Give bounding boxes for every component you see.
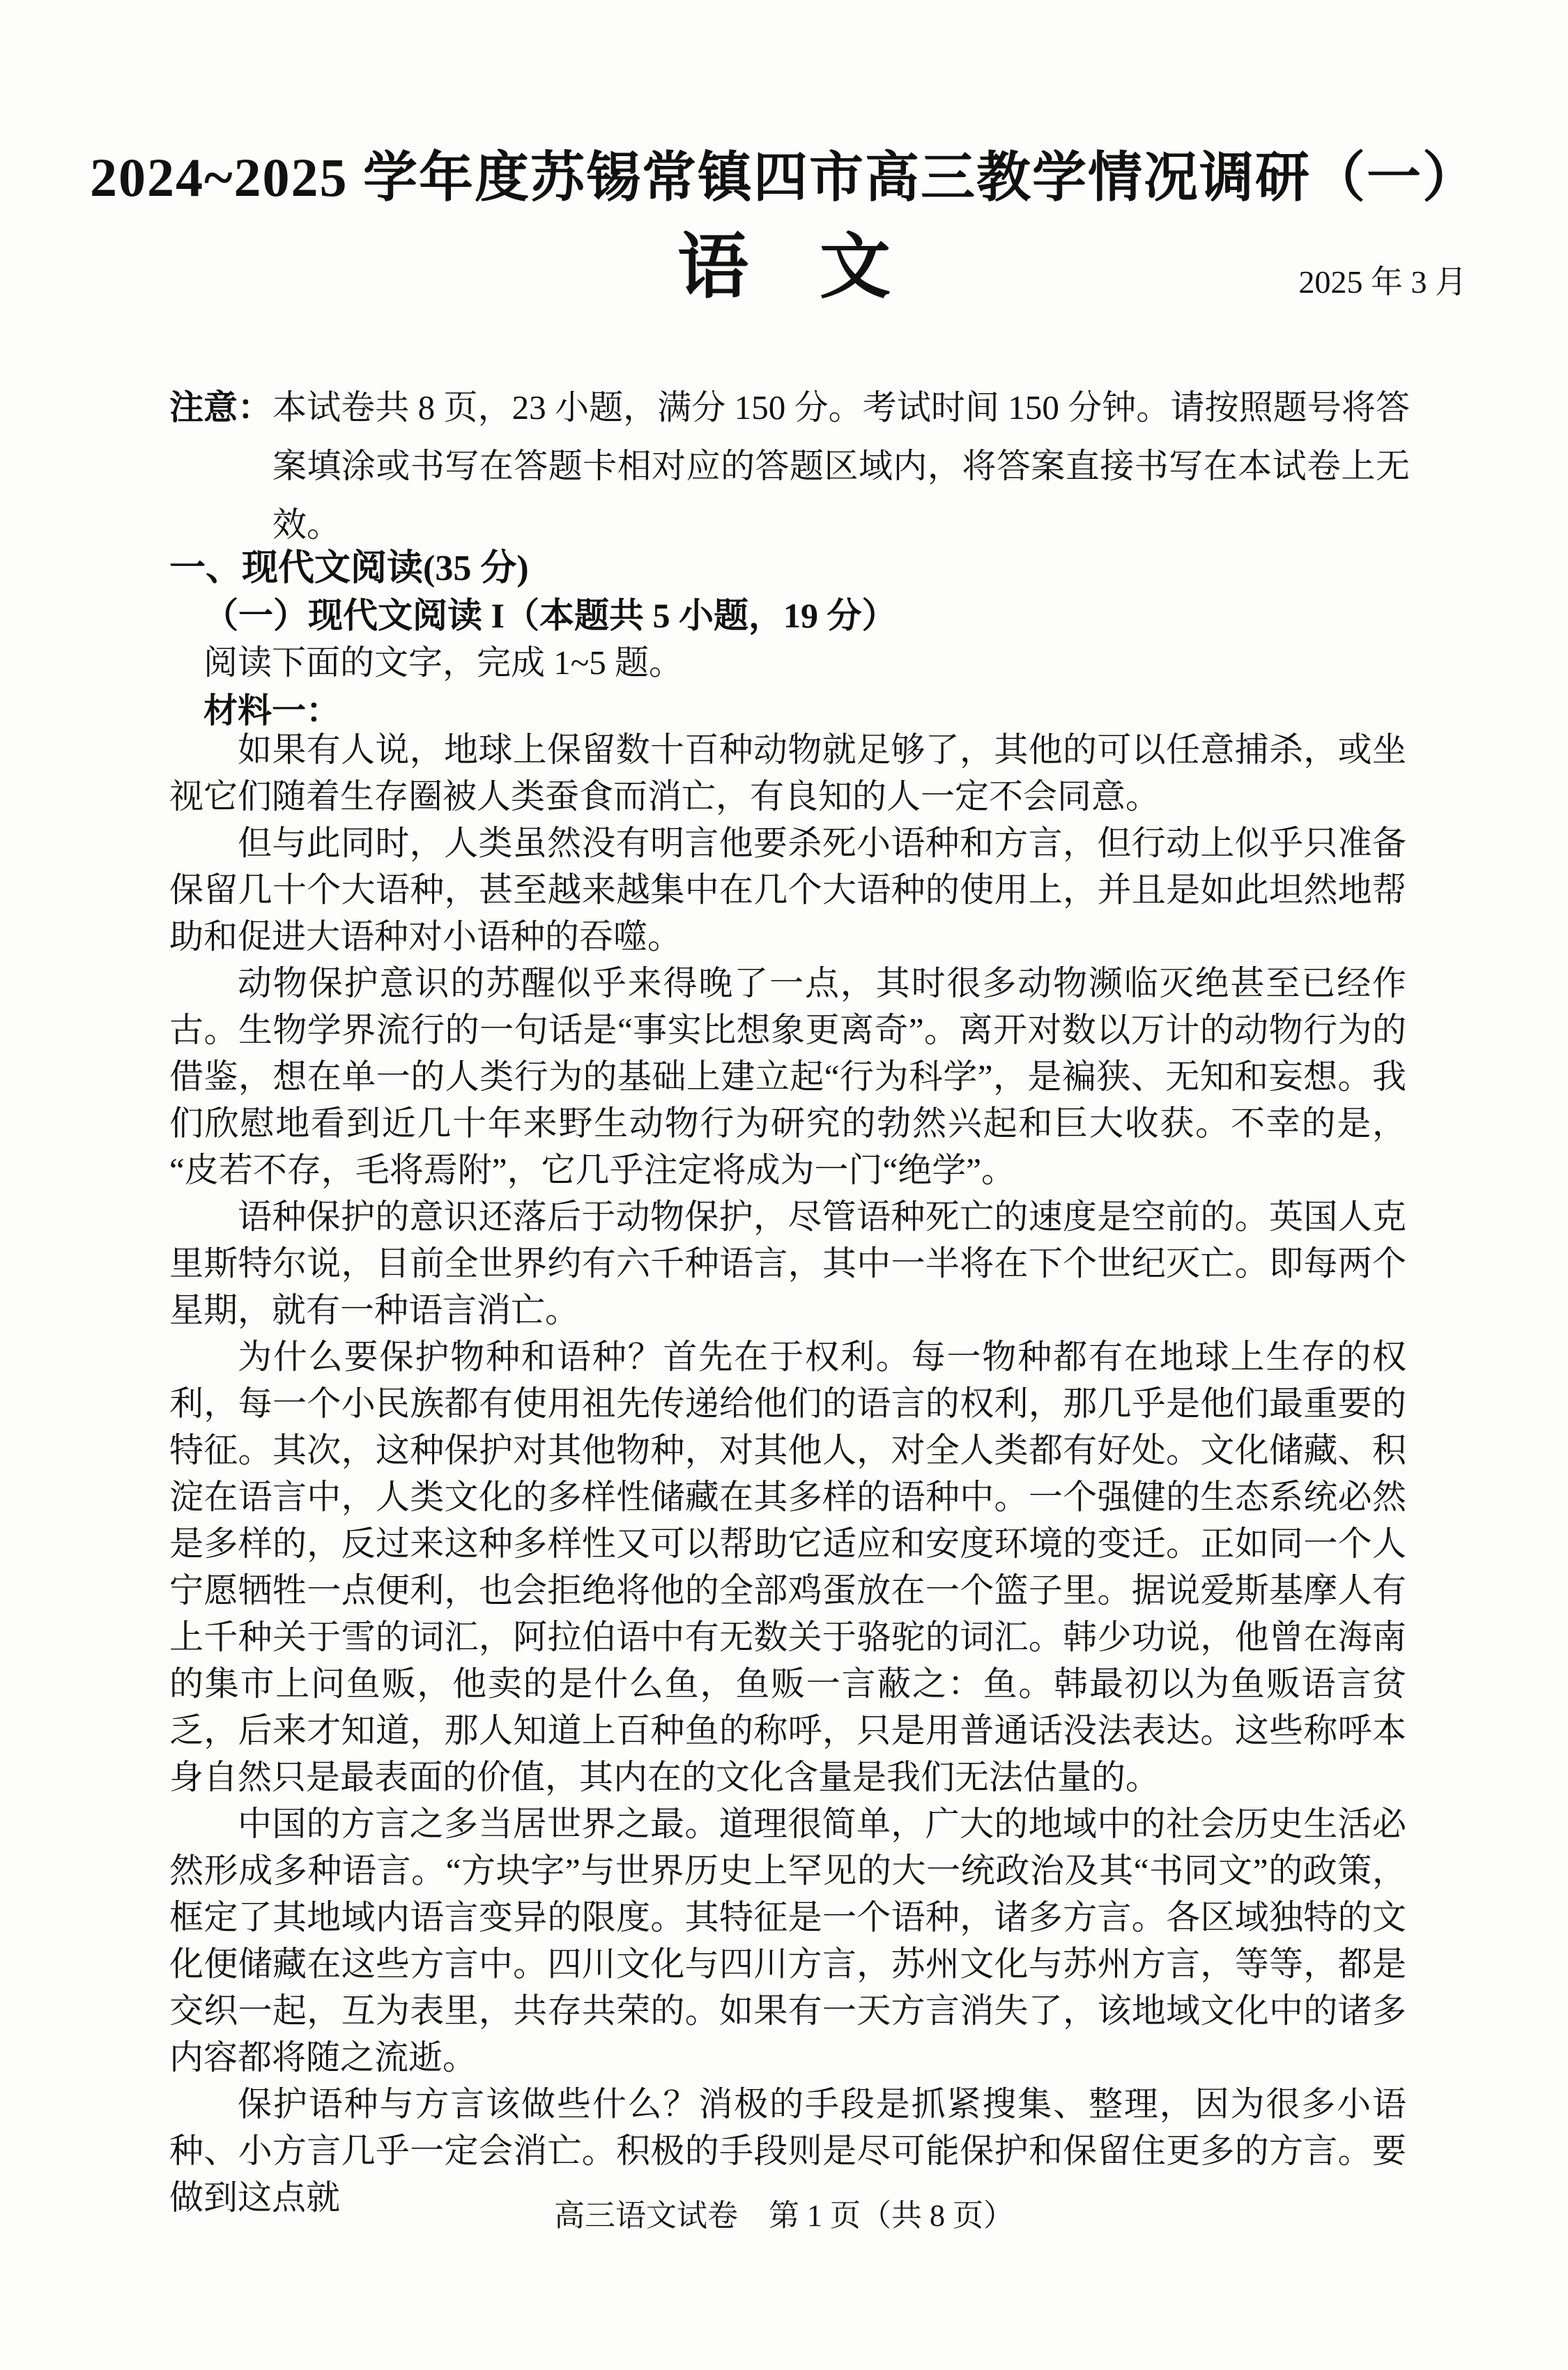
passage-paragraph: 为什么要保护物种和语种？首先在于权利。每一物种都有在地球上生存的权利，每一个小民…: [169, 1333, 1406, 1801]
exam-date: 2025 年 3 月: [1299, 257, 1468, 303]
exam-paper-page: 2024~2025 学年度苏锡常镇四市高三教学情况调研（一） 语 文 2025 …: [0, 0, 1568, 2370]
passage-paragraph: 中国的方言之多当居世界之最。道理很简单，广大的地域中的社会历史生活必然形成多种语…: [169, 1801, 1406, 2081]
subsection-heading-reading-1: （一）现代文阅读 I（本题共 5 小题，19 分）: [203, 588, 896, 638]
material-one-label: 材料一：: [203, 684, 340, 733]
passage-paragraph: 但与此同时，人类虽然没有明言他要杀死小语种和方言，但行动上似乎只准备保留几十个大…: [169, 820, 1406, 960]
notice-label: 注意：: [169, 379, 272, 437]
exam-title: 2024~2025 学年度苏锡常镇四市高三教学情况调研（一）: [0, 134, 1568, 212]
notice-block: 注意： 本试卷共 8 页，23 小题，满分 150 分。考试时间 150 分钟。…: [169, 379, 1410, 554]
passage-paragraph: 如果有人说，地球上保留数十百种动物就足够了，其他的可以任意捕杀，或坐视它们随着生…: [169, 726, 1406, 820]
reading-instruction: 阅读下面的文字，完成 1~5 题。: [203, 636, 683, 685]
passage-paragraph: 语种保护的意识还落后于动物保护，尽管语种死亡的速度是空前的。英国人克里斯特尔说，…: [169, 1193, 1406, 1333]
passage-paragraph: 动物保护意识的苏醒似乎来得晚了一点，其时很多动物濒临灭绝甚至已经作古。生物学界流…: [169, 960, 1406, 1193]
page-footer: 高三语文试卷 第 1 页（共 8 页）: [0, 2190, 1568, 2235]
notice-text: 本试卷共 8 页，23 小题，满分 150 分。考试时间 150 分钟。请按照题…: [272, 388, 1410, 544]
passage-body: 如果有人说，地球上保留数十百种动物就足够了，其他的可以任意捕杀，或坐视它们随着生…: [169, 726, 1406, 2221]
section-heading-modern-reading: 一、现代文阅读(35 分): [169, 538, 529, 590]
